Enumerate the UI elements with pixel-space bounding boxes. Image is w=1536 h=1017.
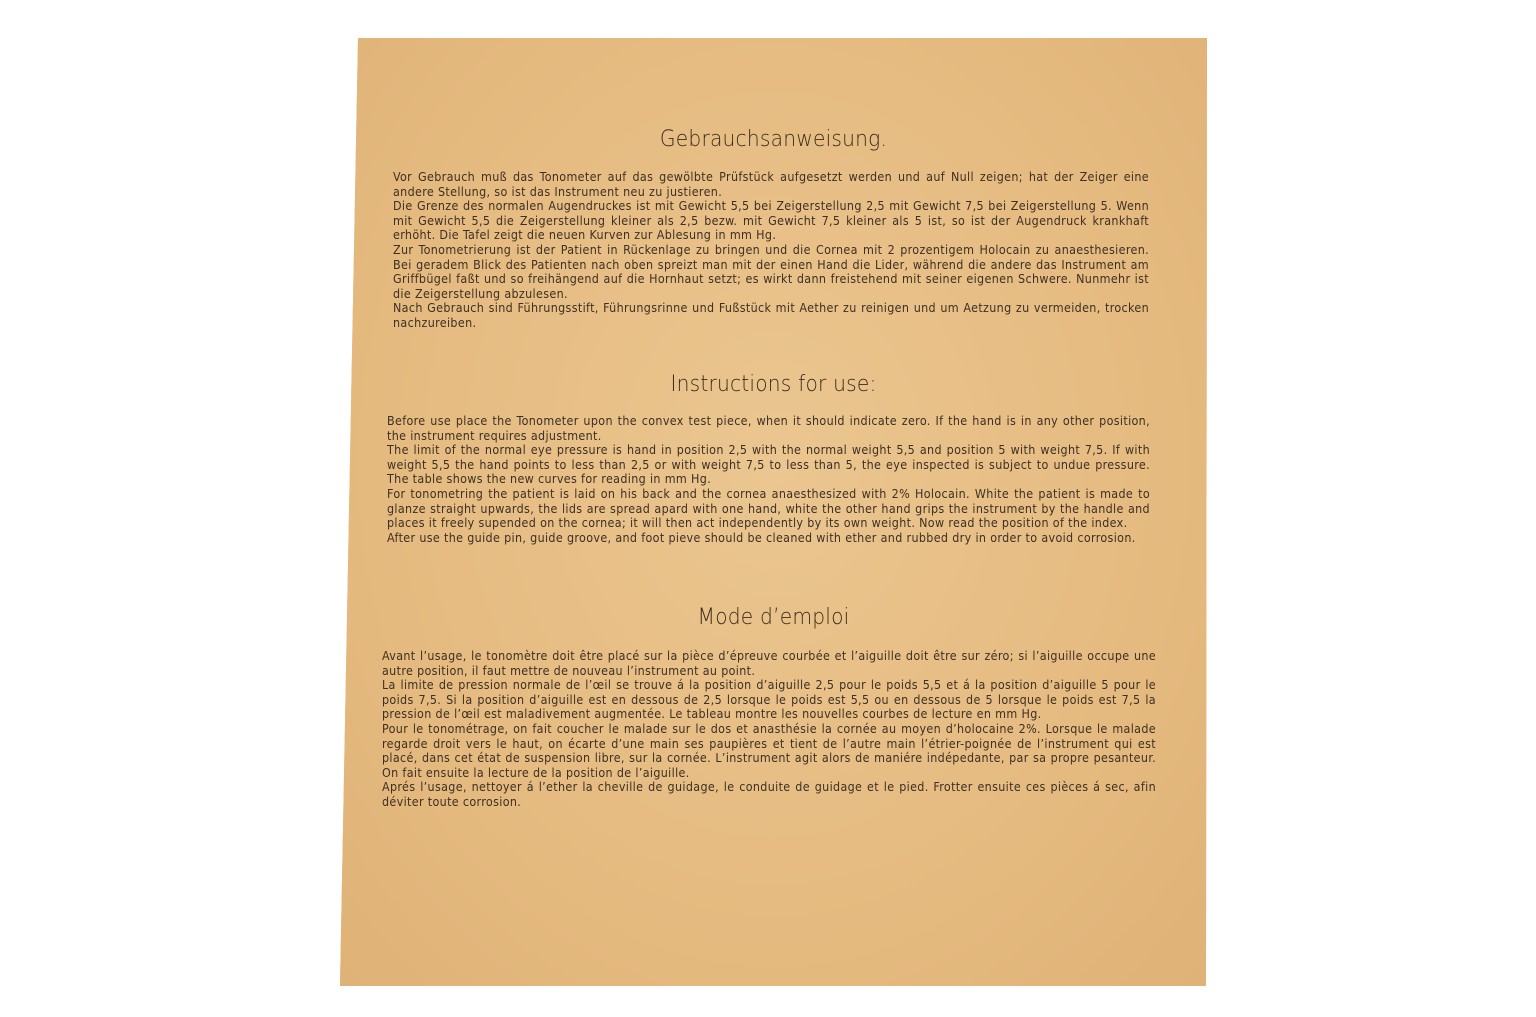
heading-english: Instructions for use:: [375, 372, 1173, 397]
paragraph: For tonometring the patient is laid on h…: [387, 487, 1150, 531]
paragraph: Pour le tonométrage, on fait coucher le …: [382, 722, 1156, 780]
paragraph: The limit of the normal eye pressure is …: [387, 443, 1150, 487]
paragraph: Vor Gebrauch muß das Tonometer auf das g…: [393, 170, 1149, 199]
heading-german: Gebrauchsanweisung.: [375, 127, 1173, 152]
section-french: Avant l’usage, le tonomètre doit être pl…: [382, 649, 1156, 810]
section-english: Before use place the Tonometer upon the …: [387, 414, 1150, 545]
paragraph: Die Grenze des normalen Augendruckes ist…: [393, 199, 1149, 243]
instruction-sheet: Gebrauchsanweisung. Vor Gebrauch muß das…: [340, 38, 1207, 986]
paragraph: La limite de pression normale de l’œil s…: [382, 678, 1156, 722]
paragraph: Nach Gebrauch sind Führungsstift, Führun…: [393, 301, 1149, 330]
heading-french: Mode d’emploi: [375, 605, 1173, 630]
paragraph: Before use place the Tonometer upon the …: [387, 414, 1150, 443]
paragraph: Zur Tonometrierung ist der Patient in Rü…: [393, 243, 1149, 301]
section-german: Vor Gebrauch muß das Tonometer auf das g…: [393, 170, 1149, 331]
paragraph: Aprés l’usage, nettoyer á l’ether la che…: [382, 780, 1156, 809]
paragraph: Avant l’usage, le tonomètre doit être pl…: [382, 649, 1156, 678]
paragraph: After use the guide pin, guide groove, a…: [387, 531, 1150, 546]
